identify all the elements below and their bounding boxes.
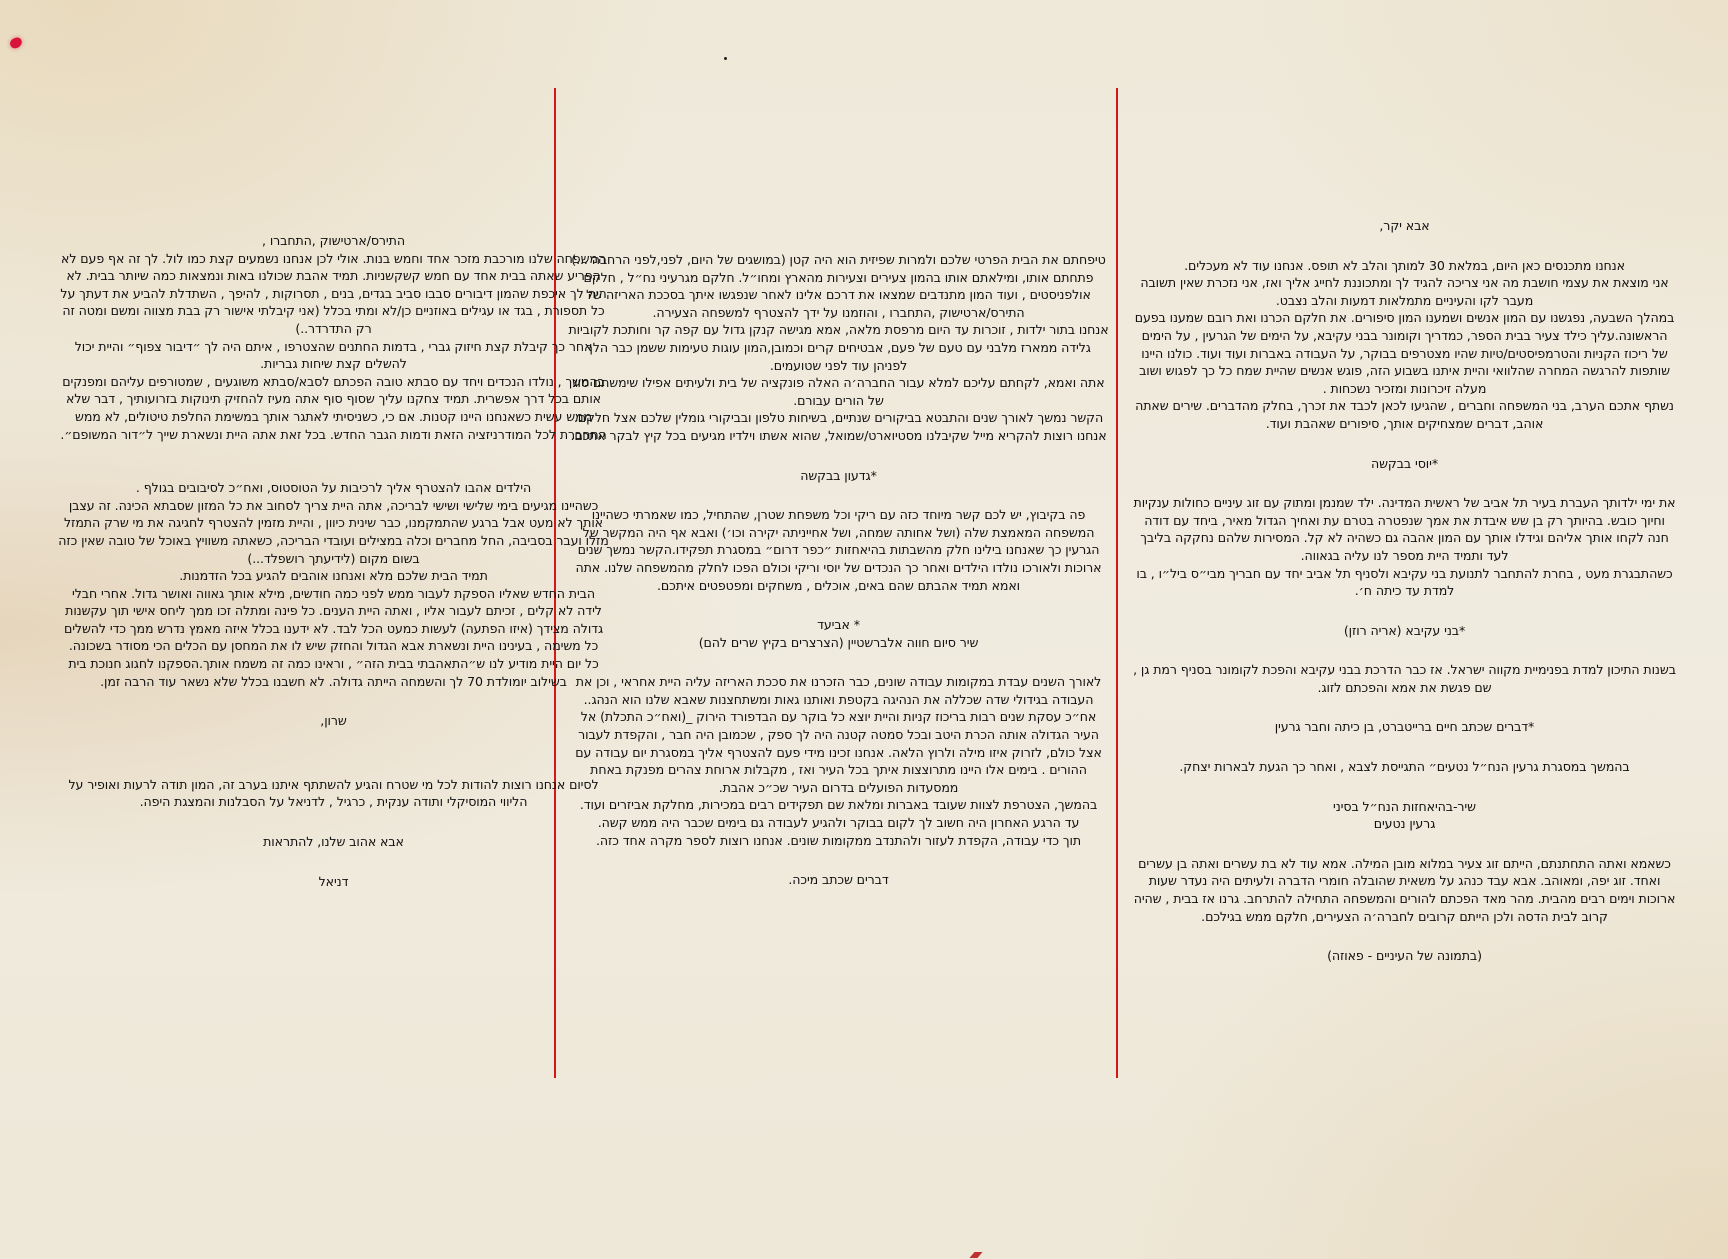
paragraph: כשהתבגרת מעט , בחרת להתחבר לתנועת בני עק… (1133, 565, 1676, 600)
section-subtitle-aviad: שיר סיום חווה אלברשטיין (הצרצרים בקיץ שר… (568, 634, 1109, 652)
paragraph: עד הרגע האחרון היה חשוב לך לקום בבוקר ול… (568, 814, 1109, 832)
column-right: אבא יקר, אנחנו מתכנסים כאן היום, במלאת 3… (1133, 217, 1676, 965)
paragraph: הקשר נמשך לאורך שנים והתבטא בביקורים שנת… (568, 409, 1109, 427)
paragraph: פה בקיבוץ, יש לכם קשר מיוחד כזה עם ריקי … (568, 506, 1109, 594)
column-divider-right (1116, 88, 1118, 1078)
thanks-paragraph: לסיום אנחנו רוצות להודות לכל מי שטרח והג… (58, 776, 609, 811)
column-middle: טיפחתם את הבית הפרטי שלכם ולמרות שפיזית … (568, 251, 1109, 889)
paragraph: תוך כדי עבודה, הקפדת לעזור ולהתנדב ממקומ… (568, 832, 1109, 850)
paragraph: אתה ואמא, לקחתם עליכם למלא עבור החברה׳ה … (568, 374, 1109, 409)
closing-note: דברים שכתב מיכה. (568, 871, 1109, 889)
paragraph: אני מוצאת את עצמי חושבת מה אני צריכה להג… (1133, 274, 1676, 309)
paragraph: הבית החדש שאליו הספקת לעבור ממש לפני כמה… (58, 585, 609, 655)
paragraph: אחר כך קיבלת קצת חיזוק גברי , בדמות החתנ… (58, 338, 609, 373)
paragraph: נשתף אתכם הערב, בני המשפחה וחברים , שהגי… (1133, 397, 1676, 432)
signoff-sharon: שרון, (58, 712, 609, 730)
paragraph: כשאמא ואתה התחתנתם, הייתם זוג צעיר במלוא… (1133, 855, 1676, 925)
paragraph: אח״כ עסקת שנים רבות בריכוז קניות והיית י… (568, 708, 1109, 796)
paragraph: אנחנו רוצות להקריא מייל שקיבלנו מסטיוארט… (568, 427, 1109, 445)
paragraph: בהמשך, הצטרפת לצוות שעובד באברות ומלאת ש… (568, 796, 1109, 814)
section-title-haim: *דברים שכתב חיים ברייטברט, בן כיתה וחבר … (1133, 718, 1676, 736)
section-heading: התירס/ארטישוק ,התחברו , (58, 232, 609, 250)
paragraph: אנחנו מתכנסים כאן היום, במלאת 30 למותך ו… (1133, 257, 1676, 275)
paragraph: את ימי ילדותך העברת בעיר תל אביב של ראשי… (1133, 494, 1676, 564)
section-title-song: שיר-בהיאחזות הנח״ל בסיני (1133, 798, 1676, 816)
paper-speck (724, 57, 727, 60)
farewell: אבא אהוב שלנו, להתראות (58, 833, 609, 851)
section-subtitle-song: גרעין נטעים (1133, 815, 1676, 833)
paragraph: לאורך השנים עבדת במקומות עבודה שונים, כב… (568, 673, 1109, 708)
paragraph: בשנות התיכון למדת בפנימיית מקווה ישראל. … (1133, 661, 1676, 696)
section-title-yossi: *יוסי בבקשה (1133, 455, 1676, 473)
paragraph: במהלך השבעה, נפגשנו עם המון אנשים ושמענו… (1133, 309, 1676, 397)
red-corner-mark (969, 1252, 982, 1258)
paragraph: בהמשך , נולדו הנכדים ויחד עם סבתא טובה ה… (58, 373, 609, 443)
paragraph: טיפחתם את הבית הפרטי שלכם ולמרות שפיזית … (568, 251, 1109, 321)
paragraph: בהמשך במסגרת גרעין הנח״ל נטעים״ התגייסת … (1133, 758, 1676, 776)
paragraph: הילדים אהבו להצטרף אליך לרכיבות על הטוסט… (58, 479, 609, 497)
signature: דניאל (58, 873, 609, 891)
paragraph: תמיד הבית שלכם מלא ואנחנו אוהבים להגיע ב… (58, 567, 609, 585)
paragraph: המשפחה שלנו מורכבת מזכר אחד וחמש בנות. א… (58, 250, 609, 338)
paragraph: אנחנו בתור ילדות , זוכרות עד היום מרפסת … (568, 321, 1109, 374)
paragraph: כל יום היית מודיע לנו ש״התאהבתי בבית הזה… (58, 655, 609, 690)
column-left: התירס/ארטישוק ,התחברו , המשפחה שלנו מורכ… (58, 232, 609, 890)
section-title-gideon: *גדעון בבקשה (568, 467, 1109, 485)
section-title-bnei-akiva: *בני עקיבא (אריה רוזן) (1133, 622, 1676, 640)
red-ink-blot (9, 36, 24, 50)
greeting: אבא יקר, (1133, 217, 1676, 235)
closing-note: (בתמונה של העיניים - פאוזה) (1133, 947, 1676, 965)
paragraph: כשהיינו מגיעים בימי שלישי ושישי לבריכה, … (58, 497, 609, 567)
section-title-aviad: * אביעד (568, 616, 1109, 634)
